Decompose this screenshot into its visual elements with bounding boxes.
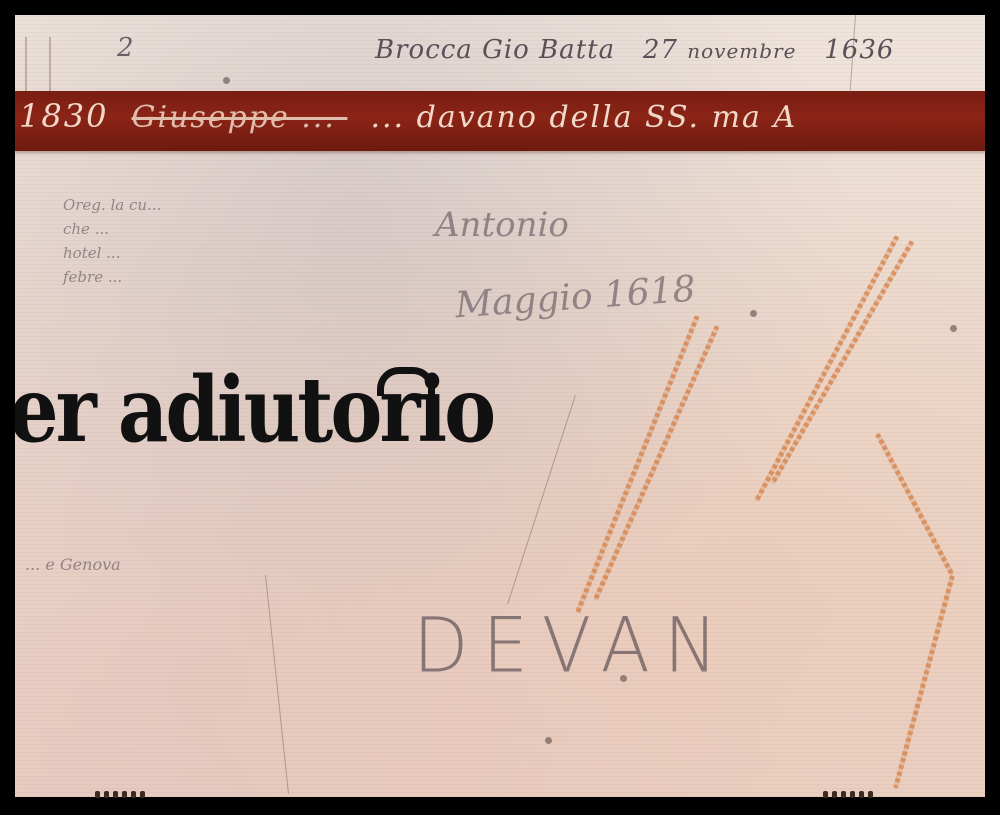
plaster-crack — [507, 395, 576, 605]
pencil-note-line: Oreg. la cu... — [63, 193, 161, 217]
red-painted-band: 1830 Giuseppe ... ... davano della SS. m… — [15, 91, 985, 151]
pencil-note-line: che ... — [63, 217, 161, 241]
rust-stroke — [593, 325, 720, 601]
pencil-date-maggio: Maggio 1618 — [454, 269, 697, 327]
lower-pencil-note: ... e Genova — [25, 555, 121, 574]
plaster-speck — [750, 310, 757, 317]
top-inscription: Brocca Gio Batta 27 novembre 1636 — [375, 35, 894, 65]
plaster-speck — [545, 737, 552, 744]
wall-photo: 2 Brocca Gio Batta 27 novembre 1636 1830… — [15, 15, 985, 797]
plaster-speck — [223, 77, 230, 84]
pencil-number-mark: 2 — [117, 33, 134, 63]
rust-stroke — [770, 240, 914, 485]
band-scraped-text: Giuseppe ... — [132, 100, 348, 135]
film-sprocket-holes — [95, 791, 145, 798]
scratched-capitals: DEVAN — [413, 601, 732, 689]
plaster-speck — [620, 675, 627, 682]
inscription-day: 27 — [643, 35, 678, 65]
inscription-month: novembre — [687, 39, 796, 63]
band-text: ... davano della SS. ma A — [370, 100, 797, 135]
rust-stroke — [893, 575, 955, 789]
pencil-name-antonio: Antonio — [435, 205, 569, 245]
rust-stroke — [875, 433, 955, 577]
inscription-year: 1636 — [824, 35, 894, 65]
inscription-name: Brocca Gio Batta — [375, 35, 615, 65]
abbreviation-mark — [377, 367, 435, 396]
tally-marks — [25, 37, 51, 93]
rust-stroke — [575, 315, 700, 614]
band-inscription: 1830 Giuseppe ... ... davano della SS. m… — [19, 97, 797, 135]
band-year: 1830 — [19, 97, 108, 135]
plaster-crack — [265, 575, 289, 794]
pencil-note-line: febre ... — [63, 265, 161, 289]
film-sprocket-holes — [823, 791, 873, 798]
pencil-note-line: hotel ... — [63, 241, 161, 265]
pencil-note-block: Oreg. la cu... che ... hotel ... febre .… — [63, 193, 161, 289]
rust-stroke — [754, 235, 899, 502]
plaster-speck — [950, 325, 957, 332]
